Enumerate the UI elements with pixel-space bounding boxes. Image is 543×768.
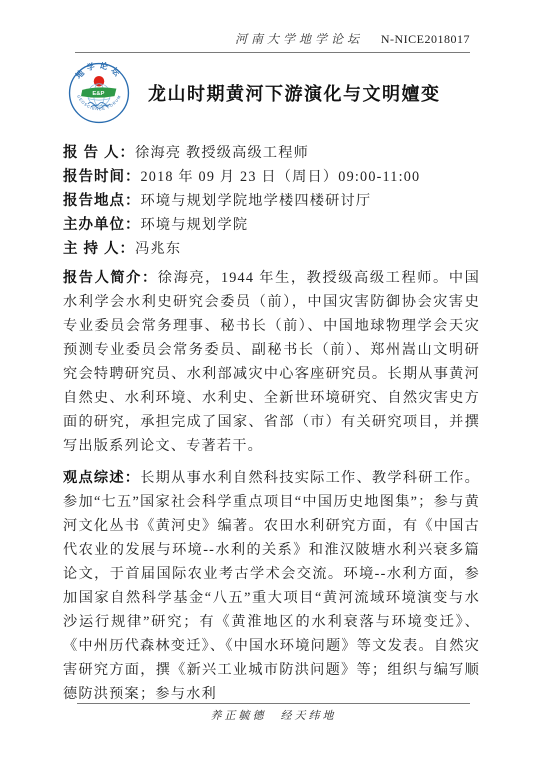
- logo-title-row: 地学论坛 E&P GEOSCIENCE FORUM 龙山时期黄河下游演化与文明嬗…: [63, 62, 480, 124]
- summary-text: 长期从事水利自然科技实际工作、教学科研工作。参加“七五”国家社会科学重点项目“中…: [63, 470, 480, 702]
- field-label: 报告时间：: [63, 169, 141, 185]
- document-code: N-NICE2018017: [381, 32, 470, 47]
- field-value: 环境与规划学院地学楼四楼研讨厅: [141, 193, 372, 209]
- field-row-host: 主 持 人：冯兆东: [63, 237, 480, 261]
- header-divider: [75, 52, 470, 53]
- field-label: 报告地点：: [63, 193, 141, 209]
- page-footer: 养正毓德 经天纬地: [77, 703, 470, 724]
- summary-paragraph: 观点综述：长期从事水利自然科技实际工作、教学科研工作。参加“七五”国家社会科学重…: [63, 466, 480, 706]
- logo-band-text: E&P: [92, 91, 104, 97]
- field-label: 主 持 人：: [63, 241, 135, 257]
- field-row-time: 报告时间：2018 年 09 月 23 日（周日）09:00-11:00: [63, 165, 480, 189]
- field-row-location: 报告地点：环境与规划学院地学楼四楼研讨厅: [63, 189, 480, 213]
- page-title: 龙山时期黄河下游演化与文明嬗变: [148, 80, 441, 106]
- logo-sun-icon: [94, 76, 105, 87]
- page-header: 河南大学地学论坛 N-NICE2018017: [75, 30, 470, 47]
- footer-motto: 养正毓德 经天纬地: [211, 707, 337, 723]
- summary-label: 观点综述：: [63, 470, 140, 486]
- field-value: 徐海亮 教授级高级工程师: [135, 145, 309, 161]
- field-label: 报 告 人：: [63, 145, 135, 161]
- field-value: 冯兆东: [135, 241, 181, 257]
- lecture-announcement-page: 河南大学地学论坛 N-NICE2018017 地学论坛 E&P: [0, 0, 543, 768]
- speaker-bio-paragraph: 报告人简介：徐海亮，1944 年生，教授级高级工程师。中国水利学会水利史研究会委…: [63, 266, 480, 458]
- info-fields: 报 告 人：徐海亮 教授级高级工程师 报告时间：2018 年 09 月 23 日…: [63, 141, 480, 261]
- field-value: 环境与规划学院: [141, 217, 249, 233]
- bio-text: 徐海亮，1944 年生，教授级高级工程师。中国水利学会水利史研究会委员（前），中…: [63, 270, 480, 454]
- field-value: 2018 年 09 月 23 日（周日）09:00-11:00: [141, 169, 421, 185]
- bio-label: 报告人简介：: [63, 270, 158, 286]
- forum-name: 河南大学地学论坛: [235, 30, 363, 47]
- field-label: 主办单位：: [63, 217, 141, 233]
- field-row-organizer: 主办单位：环境与规划学院: [63, 213, 480, 237]
- field-row-speaker: 报 告 人：徐海亮 教授级高级工程师: [63, 141, 480, 165]
- geoscience-forum-logo-icon: 地学论坛 E&P GEOSCIENCE FORUM: [68, 62, 130, 124]
